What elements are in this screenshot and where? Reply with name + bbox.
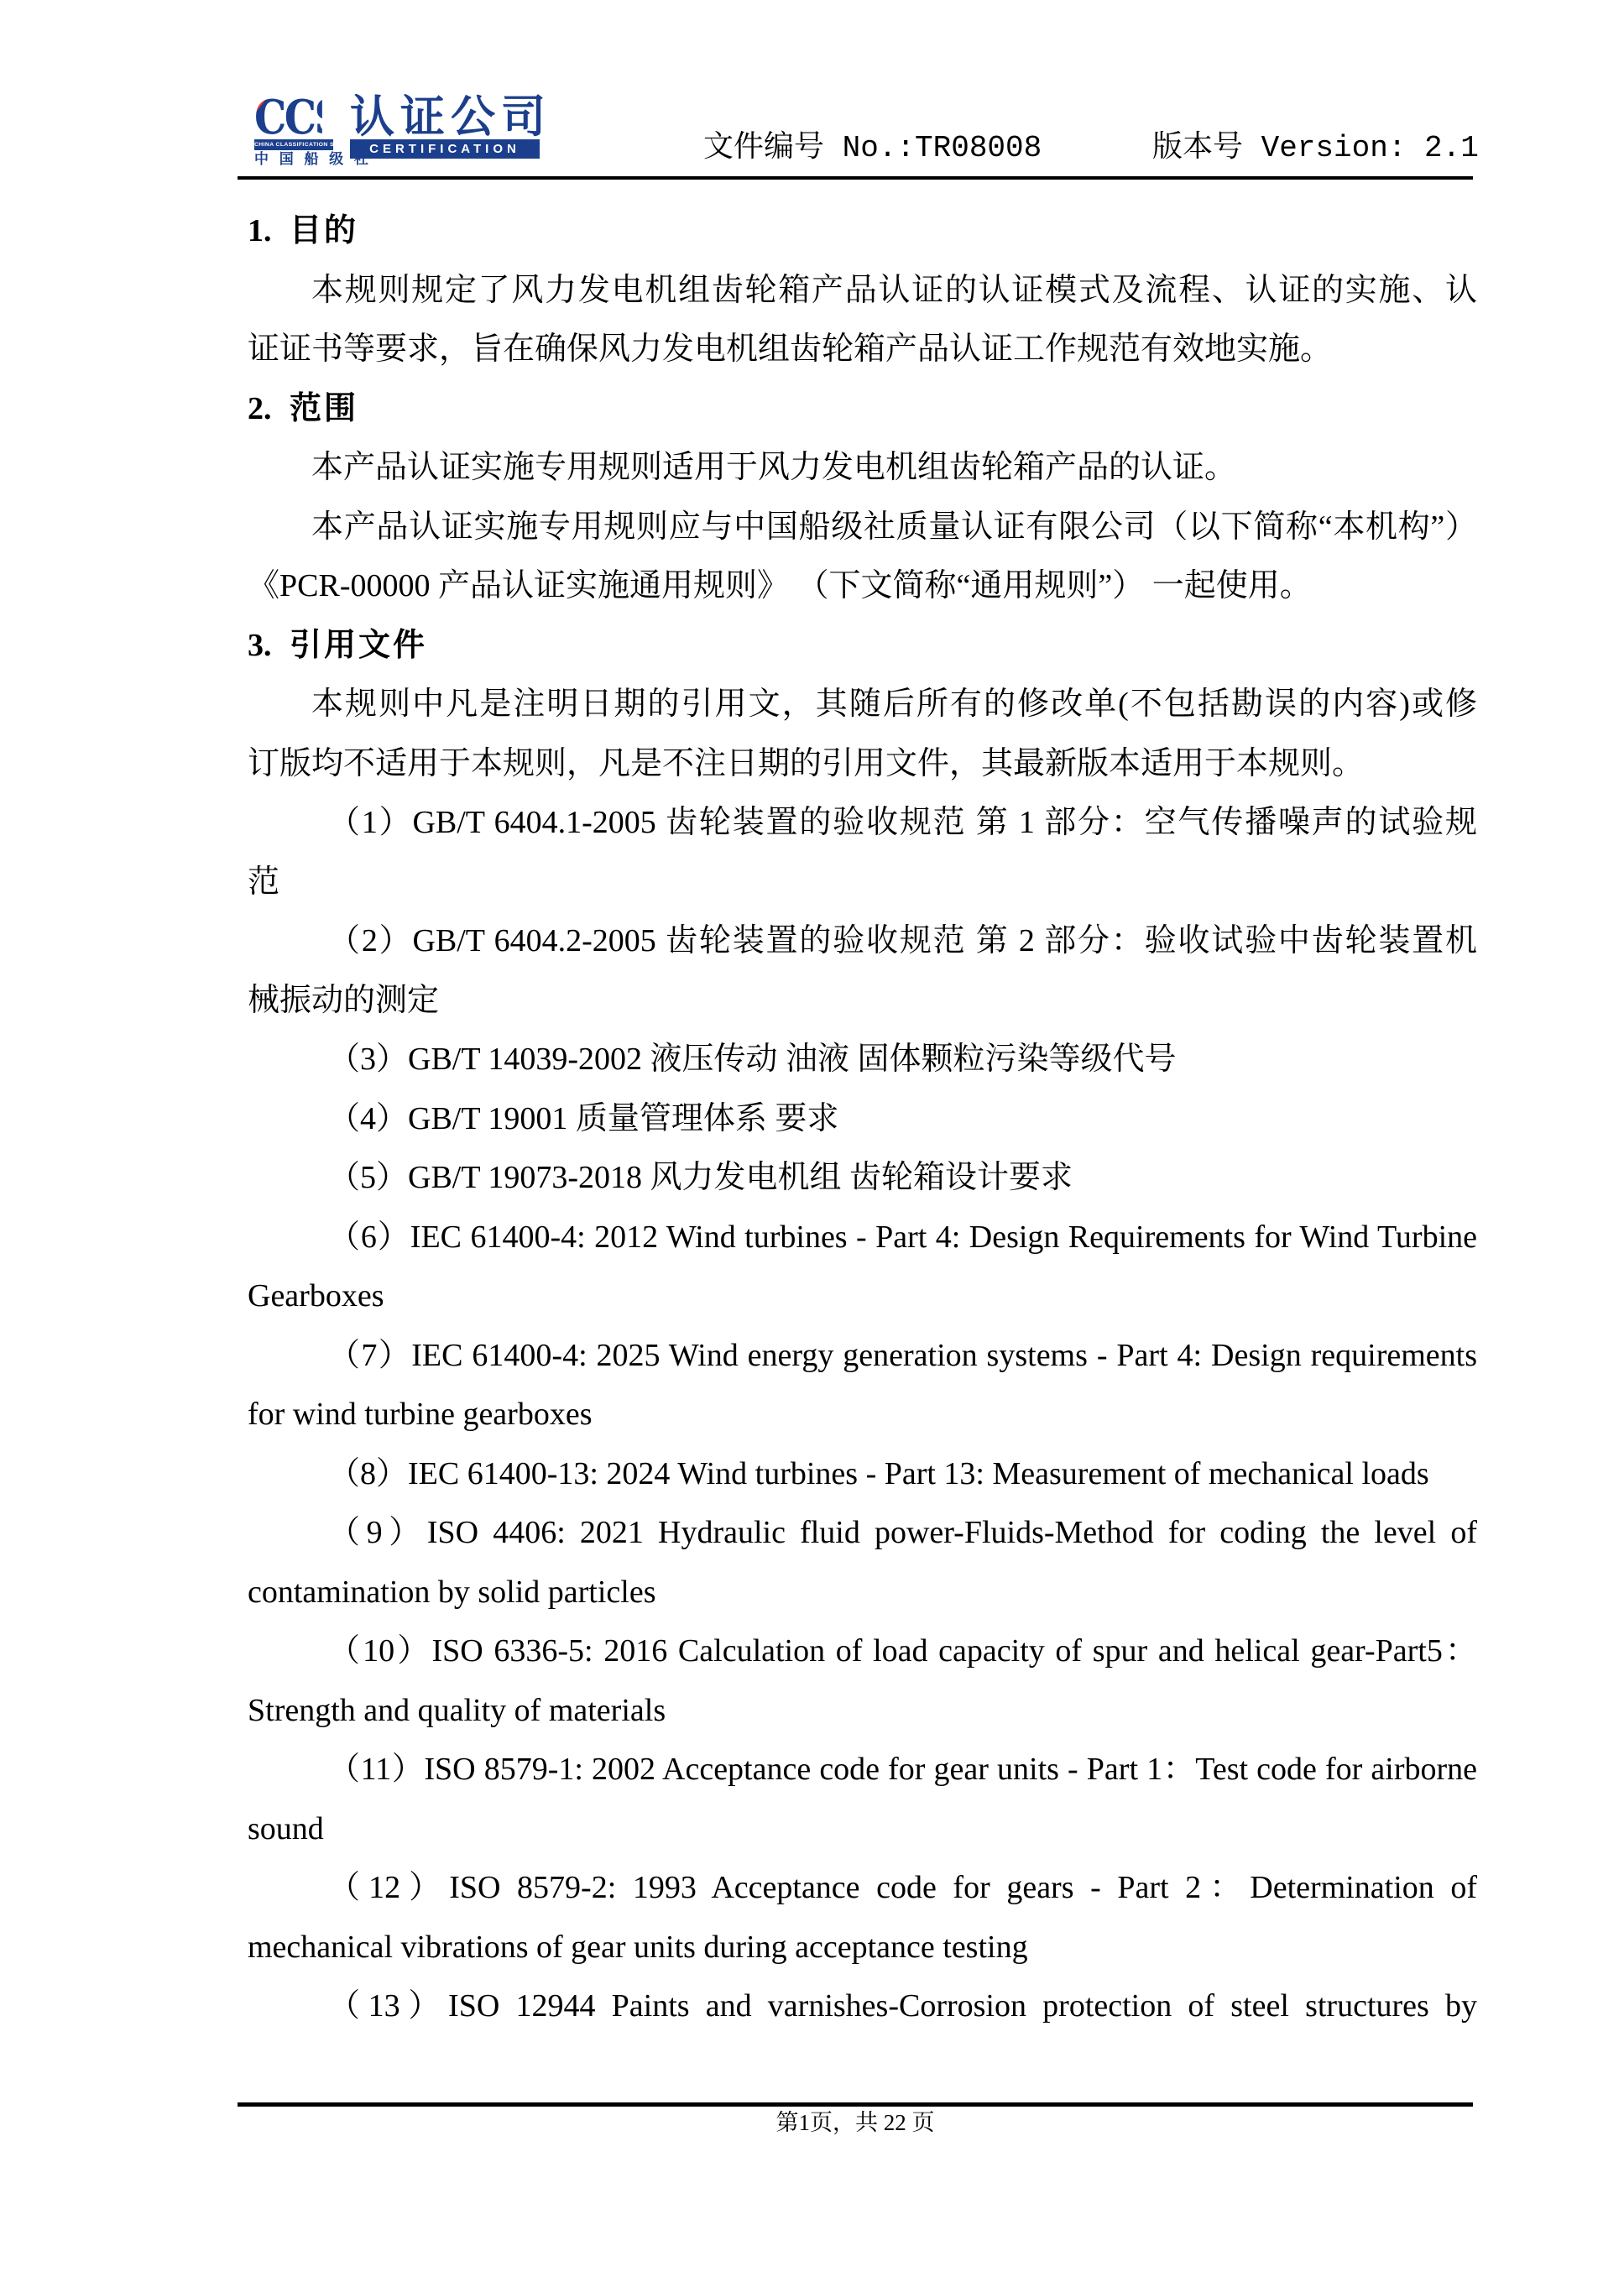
section-title: 引用文件 (290, 628, 427, 663)
document-page: CCS CHINA CLASSIFICATION SOCIETY 中 国 船 级… (0, 0, 1624, 2277)
text-line: （5）GB/T 19073-2018 风力发电机组 齿轮箱设计要求 (248, 1148, 1477, 1208)
text-line: sound (248, 1799, 1477, 1859)
text-line: 本产品认证实施专用规则应与中国船级社质量认证有限公司（以下简称“本机构”） (248, 498, 1477, 557)
ccs-logo-right: 认证公司 CERTIFICATION (350, 97, 551, 159)
text-line: （3）GB/T 14039-2002 液压传动 油液 固体颗粒污染等级代号 (248, 1030, 1477, 1089)
section-heading: 1.目的 (248, 201, 1477, 261)
text-line: （12）ISO 8579-2: 1993 Acceptance code for… (248, 1858, 1477, 1918)
text-line: 本规则中凡是注明日期的引用文，其随后所有的修改单(不包括勘误的内容)或修 (248, 675, 1477, 734)
text-line: （13）ISO 12944 Paints and varnishes-Corro… (248, 1977, 1477, 2036)
text-line: Gearboxes (248, 1266, 1477, 1326)
logo-society-cn: 中 国 船 级 社 (254, 152, 333, 167)
section-heading: 3.引用文件 (248, 616, 1477, 676)
text-line: （6）IEC 61400-4: 2012 Wind turbines - Par… (248, 1208, 1477, 1267)
version-number: 版本号 Version: 2.1 (1152, 131, 1479, 166)
header-rule (238, 176, 1473, 180)
text-line: 本产品认证实施专用规则适用于风力发电机组齿轮箱产品的认证。 (248, 438, 1477, 498)
text-line: （7）IEC 61400-4: 2025 Wind energy generat… (248, 1326, 1477, 1386)
text-line: （8）IEC 61400-13: 2024 Wind turbines - Pa… (248, 1444, 1477, 1504)
text-line: （9）ISO 4406: 2021 Hydraulic fluid power-… (248, 1503, 1477, 1563)
text-line: （11）ISO 8579-1: 2002 Acceptance code for… (248, 1740, 1477, 1799)
content-lines: 1.目的本规则规定了风力发电机组齿轮箱产品认证的认证模式及流程、认证的实施、认证… (248, 201, 1477, 2036)
text-line: （10）ISO 6336-5: 2016 Calculation of load… (248, 1622, 1477, 1681)
ccs-wordmark: CCS (254, 97, 322, 138)
text-line: （1）GB/T 6404.1-2005 齿轮装置的验收规范 第 1 部分：空气传… (248, 793, 1477, 853)
text-line: 械振动的测定 (248, 971, 1477, 1031)
section-number: 3. (248, 616, 290, 676)
text-line: 订版均不适用于本规则，凡是不注日期的引用文件，其最新版本适用于本规则。 (248, 734, 1477, 794)
text-line: （4）GB/T 19001 质量管理体系 要求 (248, 1089, 1477, 1149)
text-line: 范 (248, 853, 1477, 912)
document-body: 1.目的本规则规定了风力发电机组齿轮箱产品认证的认证模式及流程、认证的实施、认证… (248, 201, 1477, 2036)
doc-number: 文件编号 No.:TR08008 (703, 131, 1042, 166)
section-title: 范围 (290, 391, 358, 426)
text-line: 证证书等要求，旨在确保风力发电机组齿轮箱产品认证工作规范有效地实施。 (248, 320, 1477, 379)
text-line: mechanical vibrations of gear units duri… (248, 1918, 1477, 1977)
text-line: 《PCR-00000 产品认证实施通用规则》 （下文简称“通用规则”） 一起使用… (248, 556, 1477, 616)
text-line: for wind turbine gearboxes (248, 1385, 1477, 1444)
section-title: 目的 (290, 213, 358, 248)
ccs-logo: CCS CHINA CLASSIFICATION SOCIETY 中 国 船 级… (254, 97, 551, 167)
section-number: 2. (248, 379, 290, 439)
text-line: contamination by solid particles (248, 1563, 1477, 1622)
text-line: Strength and quality of materials (248, 1681, 1477, 1741)
text-line: 本规则规定了风力发电机组齿轮箱产品认证的认证模式及流程、认证的实施、认 (248, 261, 1477, 321)
page-number: 第1页，共 22 页 (238, 2108, 1473, 2137)
logo-certification-bar: CERTIFICATION (350, 139, 540, 159)
ccs-logo-left: CCS CHINA CLASSIFICATION SOCIETY 中 国 船 级… (254, 97, 333, 167)
section-number: 1. (248, 201, 290, 261)
text-line: （2）GB/T 6404.2-2005 齿轮装置的验收规范 第 2 部分：验收试… (248, 911, 1477, 971)
logo-brand-cn: 认证公司 (350, 97, 551, 137)
section-heading: 2.范围 (248, 379, 1477, 439)
footer-rule (238, 2102, 1473, 2107)
